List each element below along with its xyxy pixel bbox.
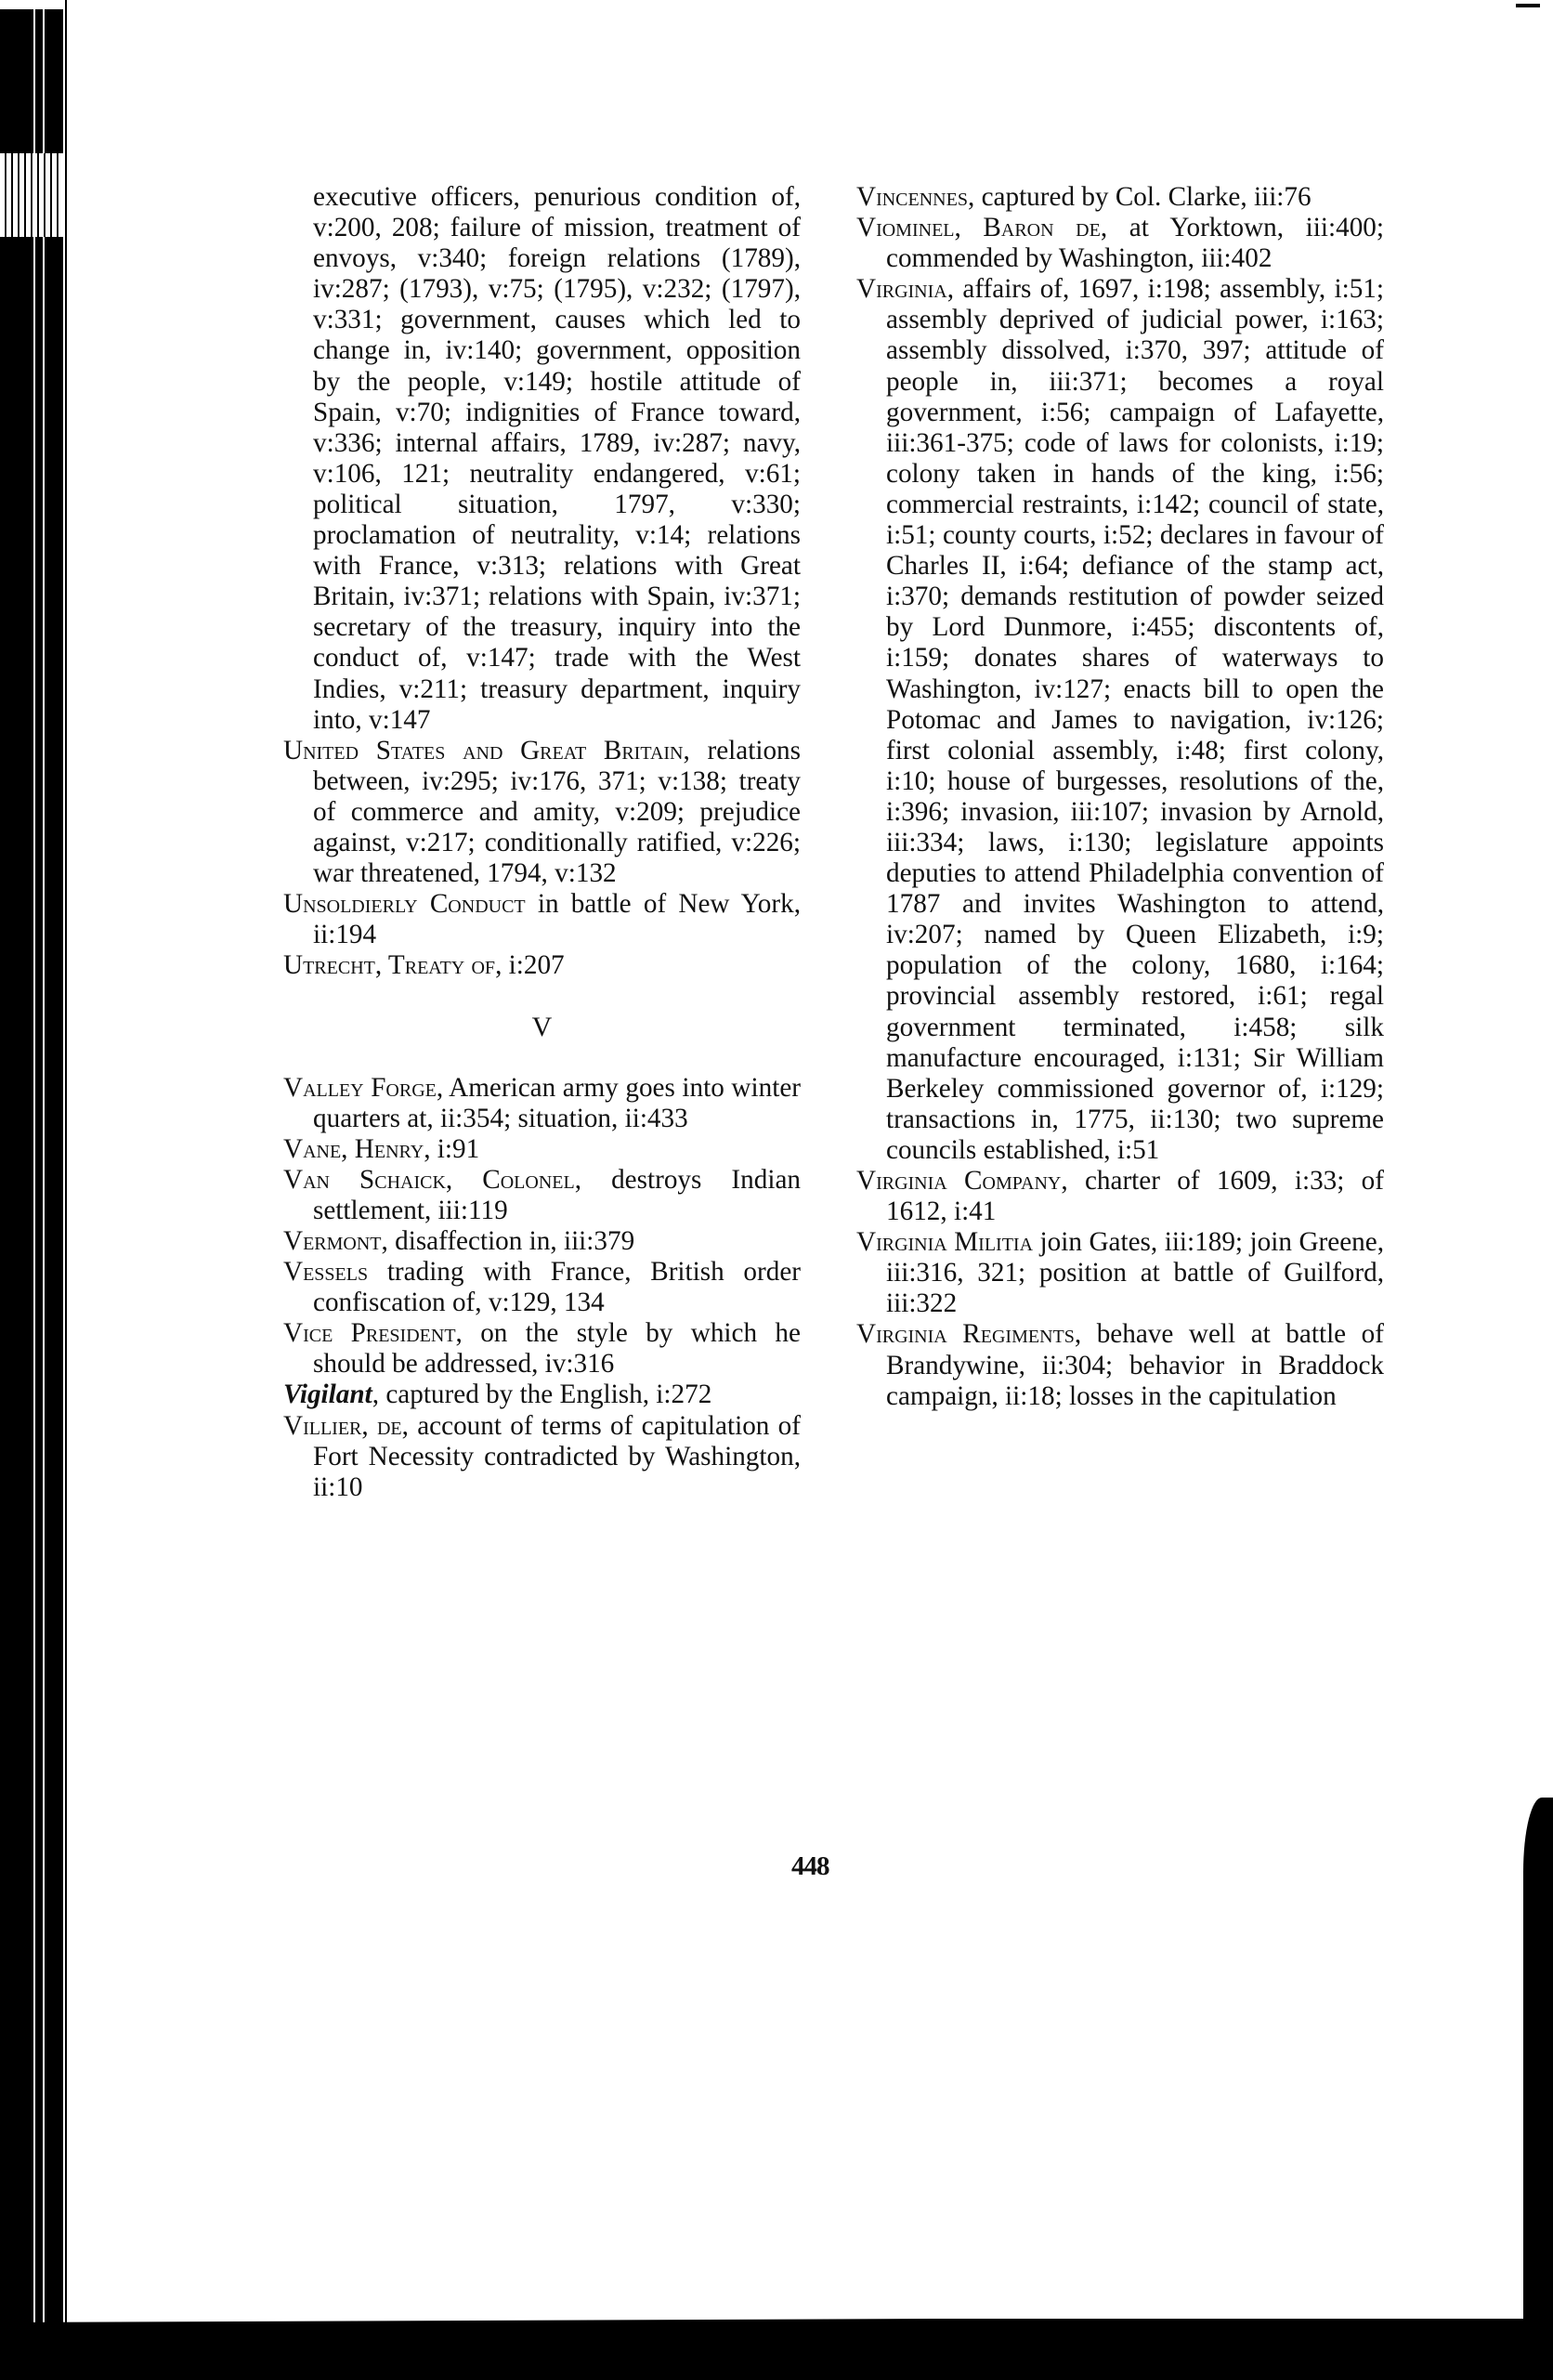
index-column-left: executive officers, penurious condition … xyxy=(283,182,801,1503)
entry-heading: Virginia xyxy=(856,274,947,304)
entry-heading: Utrecht, Treaty of xyxy=(283,950,495,980)
section-letter-heading: V xyxy=(283,1012,801,1042)
book-binding-shadow xyxy=(0,9,65,2380)
entry-heading: Vessels xyxy=(283,1257,368,1287)
entry-heading: Unsoldierly Conduct xyxy=(283,889,526,919)
index-entry: Villier, de, account of terms of capitul… xyxy=(283,1411,801,1503)
index-entry: Vigilant, captured by the English, i:272 xyxy=(283,1380,801,1410)
index-entry: Vane, Henry, i:91 xyxy=(283,1134,801,1165)
entry-text: , captured by Col. Clarke, iii:76 xyxy=(968,182,1312,212)
index-entry: Vice President, on the style by which he… xyxy=(283,1318,801,1380)
index-entry: Utrecht, Treaty of, i:207 xyxy=(283,950,801,981)
index-entry: Virginia Militia join Gates, iii:189; jo… xyxy=(856,1227,1384,1319)
entry-heading: United States and Great Britain xyxy=(283,736,684,765)
entry-heading-italic: Vigilant xyxy=(283,1380,372,1409)
entry-text: , i:207 xyxy=(495,950,565,980)
index-entry: Unsoldierly Conduct in battle of New Yor… xyxy=(283,889,801,950)
index-entry: Virginia, affairs of, 1697, i:198; assem… xyxy=(856,274,1384,1166)
entry-text: , captured by the English, i:272 xyxy=(372,1380,712,1409)
entry-heading: Virginia Regiments xyxy=(856,1319,1075,1349)
index-entry: Virginia Company, charter of 1609, i:33;… xyxy=(856,1166,1384,1227)
entry-heading: Valley Forge xyxy=(283,1073,437,1103)
entry-heading: Virginia Company xyxy=(856,1166,1061,1196)
entry-text: , affairs of, 1697, i:198; assembly, i:5… xyxy=(886,274,1384,1165)
entry-heading: Virginia Militia xyxy=(856,1227,1033,1257)
index-entry: Van Schaick, Colonel, destroys Indian se… xyxy=(283,1165,801,1226)
entry-heading: Vane, Henry xyxy=(283,1134,424,1164)
entry-heading: Vice President xyxy=(283,1318,456,1348)
page-inner-edge xyxy=(65,0,67,2380)
page-number: 448 xyxy=(791,1851,829,1882)
page-edge-shadow-right xyxy=(1523,1798,1553,2355)
entry-heading: Vincennes xyxy=(856,182,968,212)
index-entry: United States and Great Britain, relatio… xyxy=(283,736,801,889)
entry-heading: Van Schaick, Colonel xyxy=(283,1165,575,1195)
entry-heading: Vermont xyxy=(283,1226,382,1256)
entry-text: , i:91 xyxy=(424,1134,479,1164)
index-entry: Vincennes, captured by Col. Clarke, iii:… xyxy=(856,182,1384,213)
index-entry: Virginia Regiments, behave well at battl… xyxy=(856,1319,1384,1411)
binding-stitching xyxy=(0,153,63,237)
index-entry: Vermont, disaffection in, iii:379 xyxy=(283,1226,801,1257)
index-entry: Vessels trading with France, British ord… xyxy=(283,1257,801,1318)
continued-entry-text: executive officers, penurious condition … xyxy=(283,182,801,736)
entry-text: trading with France, British order confi… xyxy=(313,1257,801,1317)
scan-mark xyxy=(1516,4,1540,7)
entry-text: , disaffection in, iii:379 xyxy=(382,1226,635,1256)
entry-heading: Villier, de xyxy=(283,1411,402,1441)
index-column-right: Vincennes, captured by Col. Clarke, iii:… xyxy=(856,182,1384,1412)
index-entry: Valley Forge, American army goes into wi… xyxy=(283,1073,801,1134)
index-entry: Viominel, Baron de, at Yorktown, iii:400… xyxy=(856,213,1384,274)
entry-heading: Viominel, Baron de xyxy=(856,213,1101,242)
page-edge-shadow-bottom xyxy=(0,2319,1553,2380)
